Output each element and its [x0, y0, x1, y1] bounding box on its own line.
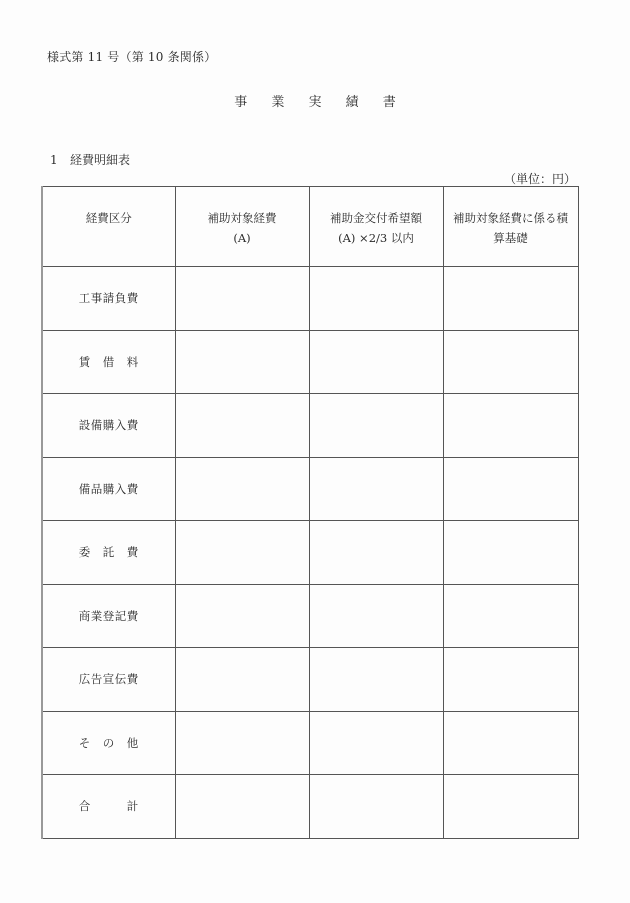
section-heading-text: 経費明細表 — [70, 153, 130, 167]
table-row: 広告宣伝費 — [42, 648, 578, 712]
row-label-advertising: 広告宣伝費 — [42, 648, 175, 712]
section-number: 1 — [50, 153, 70, 167]
cell-subsidy-eligible-cost[interactable] — [175, 394, 309, 458]
cell-subsidy-eligible-cost[interactable] — [175, 457, 309, 521]
form-number: 様式第 11 号（第 10 条関係） — [47, 48, 216, 65]
cell-requested-amount[interactable] — [309, 330, 443, 394]
header-subsidy-eligible-cost: 補助対象経費 (A) — [175, 187, 309, 267]
expense-breakdown-table: 経費区分 補助対象経費 (A) 補助金交付希望額 (A) ×2/3 以内 補助対… — [41, 186, 579, 839]
cell-requested-amount[interactable] — [309, 775, 443, 839]
header-line: 補助金交付希望額 — [310, 208, 443, 228]
table-row: 賃 借 料 — [42, 330, 578, 394]
cell-subsidy-eligible-cost[interactable] — [175, 584, 309, 648]
document-title: 事 業 実 績 書 — [0, 91, 630, 110]
table-header-row: 経費区分 補助対象経費 (A) 補助金交付希望額 (A) ×2/3 以内 補助対… — [42, 187, 578, 267]
header-line: (A) ×2/3 以内 — [310, 228, 443, 248]
header-requested-amount: 補助金交付希望額 (A) ×2/3 以内 — [309, 187, 443, 267]
row-label-fixtures-purchase: 備品購入費 — [42, 457, 175, 521]
header-calculation-basis: 補助対象経費に係る積 算基礎 — [443, 187, 578, 267]
row-label-construction: 工事請負費 — [42, 267, 175, 331]
header-line: (A) — [176, 228, 309, 248]
cell-requested-amount[interactable] — [309, 584, 443, 648]
table-row: 工事請負費 — [42, 267, 578, 331]
header-expense-category: 経費区分 — [42, 187, 175, 267]
row-label-equipment-purchase: 設備購入費 — [42, 394, 175, 458]
header-line: 算基礎 — [444, 228, 578, 248]
cell-calculation-basis[interactable] — [443, 775, 578, 839]
cell-subsidy-eligible-cost[interactable] — [175, 521, 309, 585]
section-heading: 1経費明細表 — [50, 151, 130, 168]
row-label-rent: 賃 借 料 — [42, 330, 175, 394]
header-line: 経費区分 — [43, 208, 175, 228]
cell-subsidy-eligible-cost[interactable] — [175, 775, 309, 839]
cell-subsidy-eligible-cost[interactable] — [175, 267, 309, 331]
cell-calculation-basis[interactable] — [443, 457, 578, 521]
cell-subsidy-eligible-cost[interactable] — [175, 711, 309, 775]
row-label-commercial-registration: 商業登記費 — [42, 584, 175, 648]
table-row: そ の 他 — [42, 711, 578, 775]
table-row: 委 託 費 — [42, 521, 578, 585]
table-row: 備品購入費 — [42, 457, 578, 521]
cell-requested-amount[interactable] — [309, 521, 443, 585]
table-row-total: 合 計 — [42, 775, 578, 839]
unit-label: （単位：円） — [504, 170, 576, 187]
cell-calculation-basis[interactable] — [443, 267, 578, 331]
cell-calculation-basis[interactable] — [443, 521, 578, 585]
cell-calculation-basis[interactable] — [443, 711, 578, 775]
table-row: 商業登記費 — [42, 584, 578, 648]
row-label-total: 合 計 — [42, 775, 175, 839]
cell-subsidy-eligible-cost[interactable] — [175, 330, 309, 394]
cell-calculation-basis[interactable] — [443, 584, 578, 648]
cell-requested-amount[interactable] — [309, 394, 443, 458]
cell-requested-amount[interactable] — [309, 711, 443, 775]
header-line: 補助対象経費 — [176, 208, 309, 228]
cell-calculation-basis[interactable] — [443, 394, 578, 458]
cell-calculation-basis[interactable] — [443, 330, 578, 394]
row-label-outsourcing: 委 託 費 — [42, 521, 175, 585]
cell-subsidy-eligible-cost[interactable] — [175, 648, 309, 712]
cell-requested-amount[interactable] — [309, 648, 443, 712]
row-label-other: そ の 他 — [42, 711, 175, 775]
cell-calculation-basis[interactable] — [443, 648, 578, 712]
table-row: 設備購入費 — [42, 394, 578, 458]
cell-requested-amount[interactable] — [309, 267, 443, 331]
cell-requested-amount[interactable] — [309, 457, 443, 521]
header-line: 補助対象経費に係る積 — [444, 208, 578, 228]
